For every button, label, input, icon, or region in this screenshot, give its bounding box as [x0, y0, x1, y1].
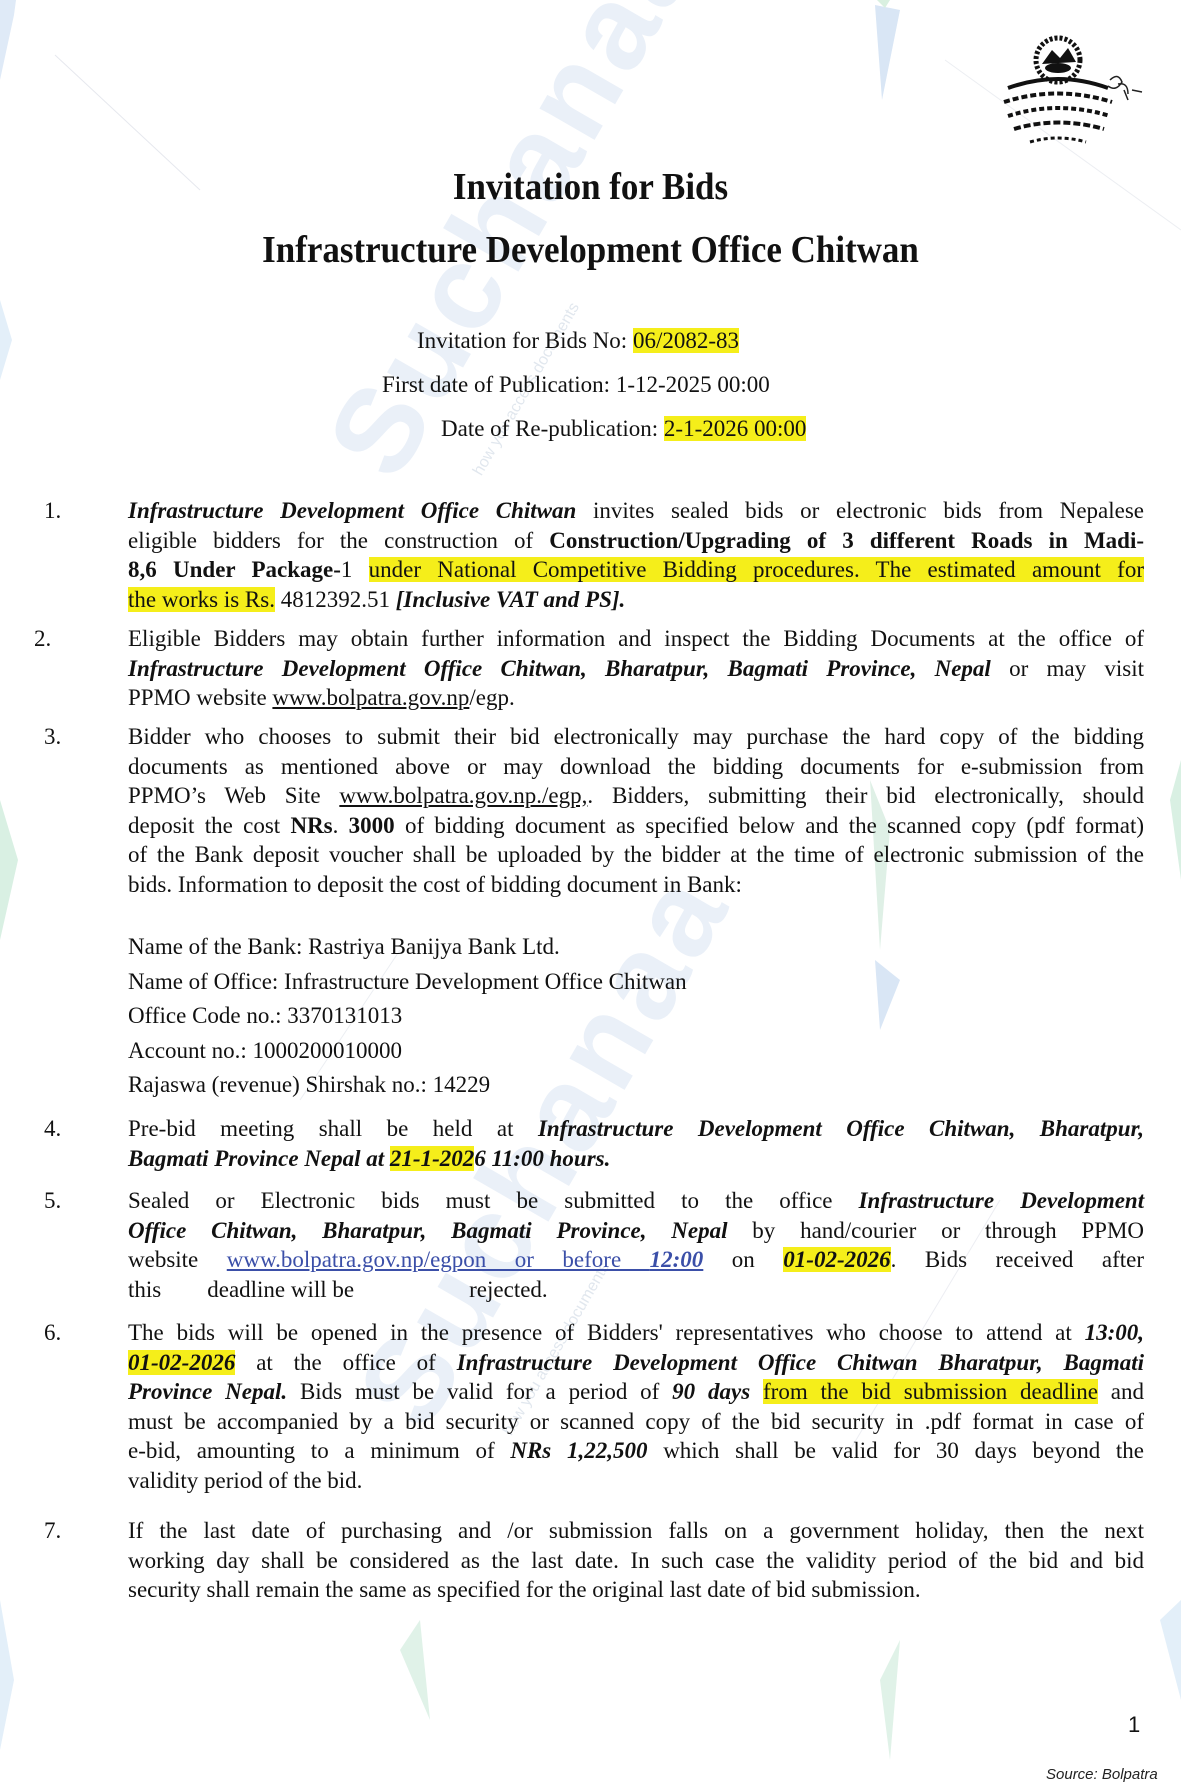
- bank-name: Name of the Bank: Rastriya Banijya Bank …: [128, 930, 687, 965]
- highlighted-text: under National Competitive Bidding proce…: [369, 557, 1144, 582]
- clause-text: invites sealed bids or electronic bids f…: [576, 498, 1144, 523]
- bid-validity: 90 days: [672, 1379, 750, 1404]
- first-publication-value: 1-12-2025 00:00: [616, 372, 770, 397]
- clause-text: which shall be valid for 30 days beyond …: [647, 1438, 1144, 1463]
- opening-time: 13:00,: [1085, 1320, 1144, 1345]
- clause-text: at the office of: [235, 1350, 456, 1375]
- clause-number: 7.: [44, 1516, 61, 1546]
- clause-text: rejected.: [469, 1277, 548, 1302]
- source-credit: Source: Bolpatra: [1046, 1766, 1158, 1783]
- clause-text: Pre-bid meeting shall be held at: [128, 1116, 538, 1141]
- highlighted-text: the works is Rs.: [128, 587, 275, 612]
- bid-security-amount: NRs 1,22,500: [510, 1438, 647, 1463]
- opening-date: 01-02-2026: [128, 1350, 235, 1375]
- seal-icon: [1000, 30, 1150, 155]
- clause-text: . Bidders, submitting their bid electron…: [587, 783, 1144, 808]
- highlighted-text: from the bid submission deadline: [763, 1379, 1098, 1404]
- clause-text: Bids must be valid for a period of: [287, 1379, 672, 1404]
- clause-text: PPMO website: [128, 685, 272, 710]
- office-address: Office Chitwan, Bharatpur, Bagmati Provi…: [128, 1218, 728, 1243]
- document-title: Invitation for Bids: [47, 165, 1134, 209]
- ifb-number-label: Invitation for Bids No:: [417, 328, 633, 353]
- office-name: Infrastructure Development Office Chitwa…: [128, 498, 576, 523]
- clause-text: PPMO’s Web Site: [128, 783, 339, 808]
- ppmo-website-link[interactable]: www.bolpatra.gov.np./egp,: [339, 783, 587, 808]
- clause-text: Eligible Bidders may obtain further info…: [128, 624, 1144, 654]
- clause-number: 5.: [44, 1186, 61, 1216]
- clause-text: by: [752, 1218, 775, 1243]
- link-text: www.bolpatra.gov.np/egpon or before: [227, 1247, 650, 1272]
- clause-text: after: [1102, 1247, 1144, 1272]
- bolpatra-link[interactable]: www.bolpatra.gov.np: [272, 685, 469, 710]
- ifb-number-line: Invitation for Bids No: 06/2082-83: [417, 328, 739, 354]
- ifb-number-value: 06/2082-83: [633, 328, 739, 353]
- package-number: 1: [341, 557, 369, 582]
- clause-text: security shall remain the same as specif…: [128, 1575, 1144, 1605]
- office-title: Infrastructure Development Office Chitwa…: [47, 228, 1134, 272]
- clause-text: through: [985, 1218, 1057, 1243]
- clause-text: of bidding document as specified below a…: [395, 813, 1144, 838]
- clause-text: Bidder who chooses to submit their bid e…: [128, 722, 1144, 752]
- republication-value: 2-1-2026 00:00: [664, 416, 806, 441]
- opening-venue: Infrastructure Development Office Chitwa…: [457, 1350, 1144, 1375]
- prebid-venue-cont: Bagmati Province Nepal at: [128, 1146, 390, 1171]
- clause-number: 2.: [34, 624, 51, 654]
- clause-text: .: [333, 813, 349, 838]
- clause-text: deadline will be: [207, 1277, 354, 1302]
- clause-4-body: Pre-bid meeting shall be held at Infrast…: [128, 1114, 1144, 1173]
- republication-line: Date of Re-publication: 2-1-2026 00:00: [441, 416, 806, 442]
- office-name: Infrastructure: [859, 1188, 994, 1213]
- clause-text: /egp.: [469, 685, 514, 710]
- vat-note: [Inclusive VAT and PS].: [396, 587, 626, 612]
- clause-3-body: Bidder who chooses to submit their bid e…: [128, 722, 1144, 899]
- currency: NRs: [290, 813, 332, 838]
- clause-text: PPMO: [1081, 1218, 1144, 1243]
- prebid-time: 6 11:00 hours.: [474, 1146, 610, 1171]
- clause-7-body: If the last date of purchasing and /or s…: [128, 1516, 1144, 1605]
- prebid-date: 21-1-202: [390, 1146, 474, 1171]
- first-publication-line: First date of Publication: 1-12-2025 00:…: [382, 372, 770, 398]
- clause-text: the: [725, 1188, 753, 1213]
- clause-text: If the last date of purchasing and /or s…: [128, 1516, 1144, 1546]
- project-name: Construction/Upgrading of 3 different Ro…: [549, 528, 1144, 553]
- clause-text: office: [779, 1188, 832, 1213]
- first-publication-label: First date of Publication:: [382, 372, 616, 397]
- clause-text: Electronic bids must be: [261, 1188, 539, 1213]
- clause-text: working day shall be considered as the l…: [128, 1546, 1144, 1576]
- clause-number: 1.: [44, 496, 61, 526]
- submission-deadline: 01-02-2026: [783, 1247, 890, 1272]
- submission-time: 12:00: [650, 1247, 704, 1272]
- clause-text: must be accompanied by a bid security or…: [128, 1407, 1144, 1437]
- clause-number: 4.: [44, 1114, 61, 1144]
- clause-text: bids. Information to deposit the cost of…: [128, 870, 1144, 900]
- clause-text: Sealed or: [128, 1188, 235, 1213]
- bank-revenue-heading: Rajaswa (revenue) Shirshak no.: 14229: [128, 1068, 687, 1103]
- clause-text: to: [681, 1188, 699, 1213]
- clause-text: documents as mentioned above or may down…: [128, 752, 1144, 782]
- clause-text: website: [128, 1247, 198, 1272]
- clause-text: . Bids: [891, 1247, 967, 1272]
- clause-5-body: Sealed or Electronic bids must be submit…: [128, 1186, 1144, 1304]
- clause-text: [750, 1379, 763, 1404]
- clause-text: submitted: [564, 1188, 655, 1213]
- government-emblem: [1000, 30, 1150, 155]
- clause-1-body: Infrastructure Development Office Chitwa…: [128, 496, 1144, 614]
- clause-text: eligible bidders for the construction of: [128, 528, 549, 553]
- bank-details: Name of the Bank: Rastriya Banijya Bank …: [128, 930, 687, 1103]
- clause-text: on: [732, 1247, 755, 1272]
- bank-account-no: Account no.: 1000200010000: [128, 1034, 687, 1069]
- clause-text: hand/courier or: [800, 1218, 960, 1243]
- project-name-cont: 8,6 Under Package-: [128, 557, 341, 582]
- bank-office-code: Office Code no.: 3370131013: [128, 999, 687, 1034]
- clause-text: received: [996, 1247, 1074, 1272]
- clause-text: e-bid, amounting to a minimum of: [128, 1438, 510, 1463]
- clause-number: 3.: [44, 722, 61, 752]
- clause-text: validity period of the bid.: [128, 1466, 1144, 1496]
- opening-venue-cont: Province Nepal.: [128, 1379, 287, 1404]
- estimated-amount: 4812392.51: [275, 587, 396, 612]
- clause-6-body: The bids will be opened in the presence …: [128, 1318, 1144, 1495]
- page-number: 1: [1128, 1712, 1140, 1738]
- clause-2-body: Eligible Bidders may obtain further info…: [128, 624, 1144, 713]
- clause-text: and: [1098, 1379, 1144, 1404]
- prebid-venue: Infrastructure Development Office Chitwa…: [538, 1116, 1144, 1141]
- document-cost: 3000: [349, 813, 395, 838]
- republication-label: Date of Re-publication:: [441, 416, 664, 441]
- clause-text: or may visit: [991, 656, 1144, 681]
- office-name: Development: [1020, 1188, 1144, 1213]
- clause-text: of the Bank deposit voucher shall be upl…: [128, 840, 1144, 870]
- clause-text: deposit the cost: [128, 813, 290, 838]
- clause-text: The bids will be opened in the presence …: [128, 1320, 1085, 1345]
- bank-office-name: Name of Office: Infrastructure Developme…: [128, 965, 687, 1000]
- clause-number: 6.: [44, 1318, 61, 1348]
- office-address: Infrastructure Development Office Chitwa…: [128, 656, 991, 681]
- clause-text: this: [128, 1277, 161, 1302]
- submission-website-link[interactable]: www.bolpatra.gov.np/egpon or before 12:0…: [227, 1247, 704, 1272]
